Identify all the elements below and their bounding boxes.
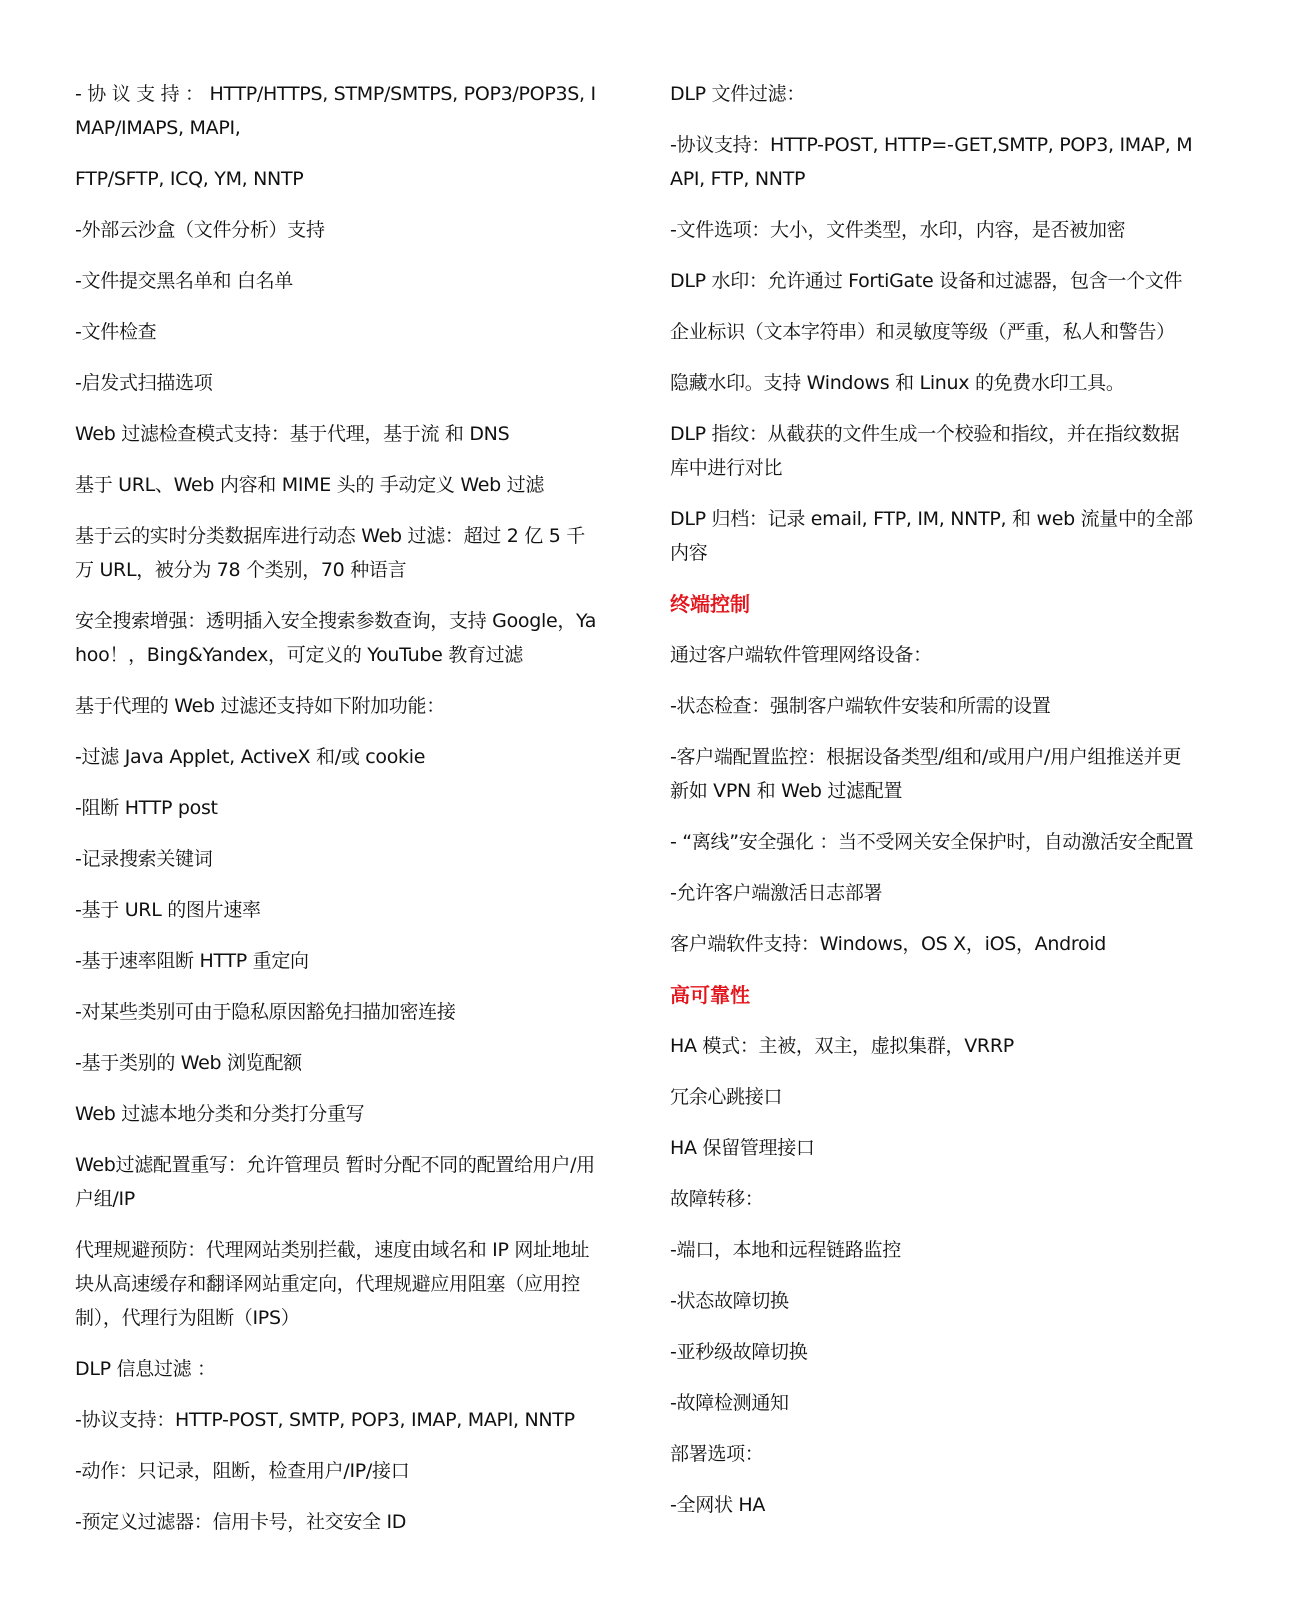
- paragraph: Web过滤配置重写：允许管理员 暂时分配不同的配置给用户/用户组/IP: [75, 1148, 600, 1216]
- paragraph: -过滤 Java Applet, ActiveX 和/或 cookie: [75, 740, 600, 774]
- paragraph: DLP 水印：允许通过 FortiGate 设备和过滤器，包含一个文件: [670, 264, 1195, 298]
- paragraph: -启发式扫描选项: [75, 366, 600, 400]
- paragraph: 安全搜索增强：透明插入安全搜索参数查询，支持 Google，Yahoo！，Bin…: [75, 604, 600, 672]
- paragraph: -全网状 HA: [670, 1488, 1195, 1522]
- paragraph: -预定义过滤器：信用卡号，社交安全 ID: [75, 1505, 600, 1539]
- paragraph: 基于代理的 Web 过滤还支持如下附加功能：: [75, 689, 600, 723]
- paragraph: -记录搜索关键词: [75, 842, 600, 876]
- paragraph: 故障转移：: [670, 1182, 1195, 1216]
- right-column: DLP 文件过滤： -协议支持：HTTP-POST, HTTP=-GET,SMT…: [670, 77, 1195, 1539]
- paragraph: HA 模式：主被，双主，虚拟集群，VRRP: [670, 1029, 1195, 1063]
- paragraph: FTP/SFTP, ICQ, YM, NNTP: [75, 162, 600, 196]
- paragraph: -基于速率阻断 HTTP 重定向: [75, 944, 600, 978]
- paragraph: 冗余心跳接口: [670, 1080, 1195, 1114]
- paragraph: Web 过滤检查模式支持：基于代理，基于流 和 DNS: [75, 417, 600, 451]
- paragraph: -文件提交黑名单和 白名单: [75, 264, 600, 298]
- paragraph: - 协 议 支 持 ： HTTP/HTTPS, STMP/SMTPS, POP3…: [75, 77, 600, 145]
- paragraph: -协议支持：HTTP-POST, SMTP, POP3, IMAP, MAPI,…: [75, 1403, 600, 1437]
- paragraph: 企业标识（文本字符串）和灵敏度等级（严重，私人和警告）: [670, 315, 1195, 349]
- paragraph: -动作：只记录，阻断，检查用户/IP/接口: [75, 1454, 600, 1488]
- paragraph: 基于云的实时分类数据库进行动态 Web 过滤：超过 2 亿 5 千万 URL，被…: [75, 519, 600, 587]
- paragraph: -协议支持：HTTP-POST, HTTP=-GET,SMTP, POP3, I…: [670, 128, 1195, 196]
- paragraph: HA 保留管理接口: [670, 1131, 1195, 1165]
- paragraph: DLP 信息过滤 ：: [75, 1352, 600, 1386]
- paragraph: 基于 URL、Web 内容和 MIME 头的 手动定义 Web 过滤: [75, 468, 600, 502]
- paragraph: 隐藏水印。支持 Windows 和 Linux 的免费水印工具。: [670, 366, 1195, 400]
- paragraph: -文件选项：大小，文件类型，水印，内容，是否被加密: [670, 213, 1195, 247]
- paragraph: -亚秒级故障切换: [670, 1335, 1195, 1369]
- paragraph: -客户端配置监控：根据设备类型/组和/或用户/用户组推送并更新如 VPN 和 W…: [670, 740, 1195, 808]
- paragraph: 客户端软件支持：Windows，OS X，iOS，Android: [670, 927, 1195, 961]
- paragraph: -外部云沙盒（文件分析）支持: [75, 213, 600, 247]
- paragraph: -文件检查: [75, 315, 600, 349]
- document-page: - 协 议 支 持 ： HTTP/HTTPS, STMP/SMTPS, POP3…: [0, 0, 1290, 1598]
- paragraph: -对某些类别可由于隐私原因豁免扫描加密连接: [75, 995, 600, 1029]
- paragraph: 代理规避预防：代理网站类别拦截，速度由域名和 IP 网址地址块从高速缓存和翻译网…: [75, 1233, 600, 1335]
- paragraph: -阻断 HTTP post: [75, 791, 600, 825]
- paragraph: DLP 指纹：从截获的文件生成一个校验和指纹，并在指纹数据库中进行对比: [670, 417, 1195, 485]
- paragraph: -允许客户端激活日志部署: [670, 876, 1195, 910]
- left-column: - 协 议 支 持 ： HTTP/HTTPS, STMP/SMTPS, POP3…: [75, 77, 600, 1556]
- paragraph: -状态故障切换: [670, 1284, 1195, 1318]
- paragraph: DLP 文件过滤：: [670, 77, 1195, 111]
- paragraph: -端口，本地和远程链路监控: [670, 1233, 1195, 1267]
- paragraph: -基于 URL 的图片速率: [75, 893, 600, 927]
- paragraph: Web 过滤本地分类和分类打分重写: [75, 1097, 600, 1131]
- paragraph: 部署选项：: [670, 1437, 1195, 1471]
- paragraph: DLP 归档：记录 email, FTP, IM, NNTP, 和 web 流量…: [670, 502, 1195, 570]
- paragraph: -故障检测通知: [670, 1386, 1195, 1420]
- section-heading-high-availability: 高可靠性: [670, 978, 1195, 1012]
- paragraph: -基于类别的 Web 浏览配额: [75, 1046, 600, 1080]
- section-heading-endpoint-control: 终端控制: [670, 587, 1195, 621]
- paragraph: 通过客户端软件管理网络设备：: [670, 638, 1195, 672]
- paragraph: -状态检查：强制客户端软件安装和所需的设置: [670, 689, 1195, 723]
- paragraph: - “离线”安全强化 ：当不受网关安全保护时，自动激活安全配置: [670, 825, 1195, 859]
